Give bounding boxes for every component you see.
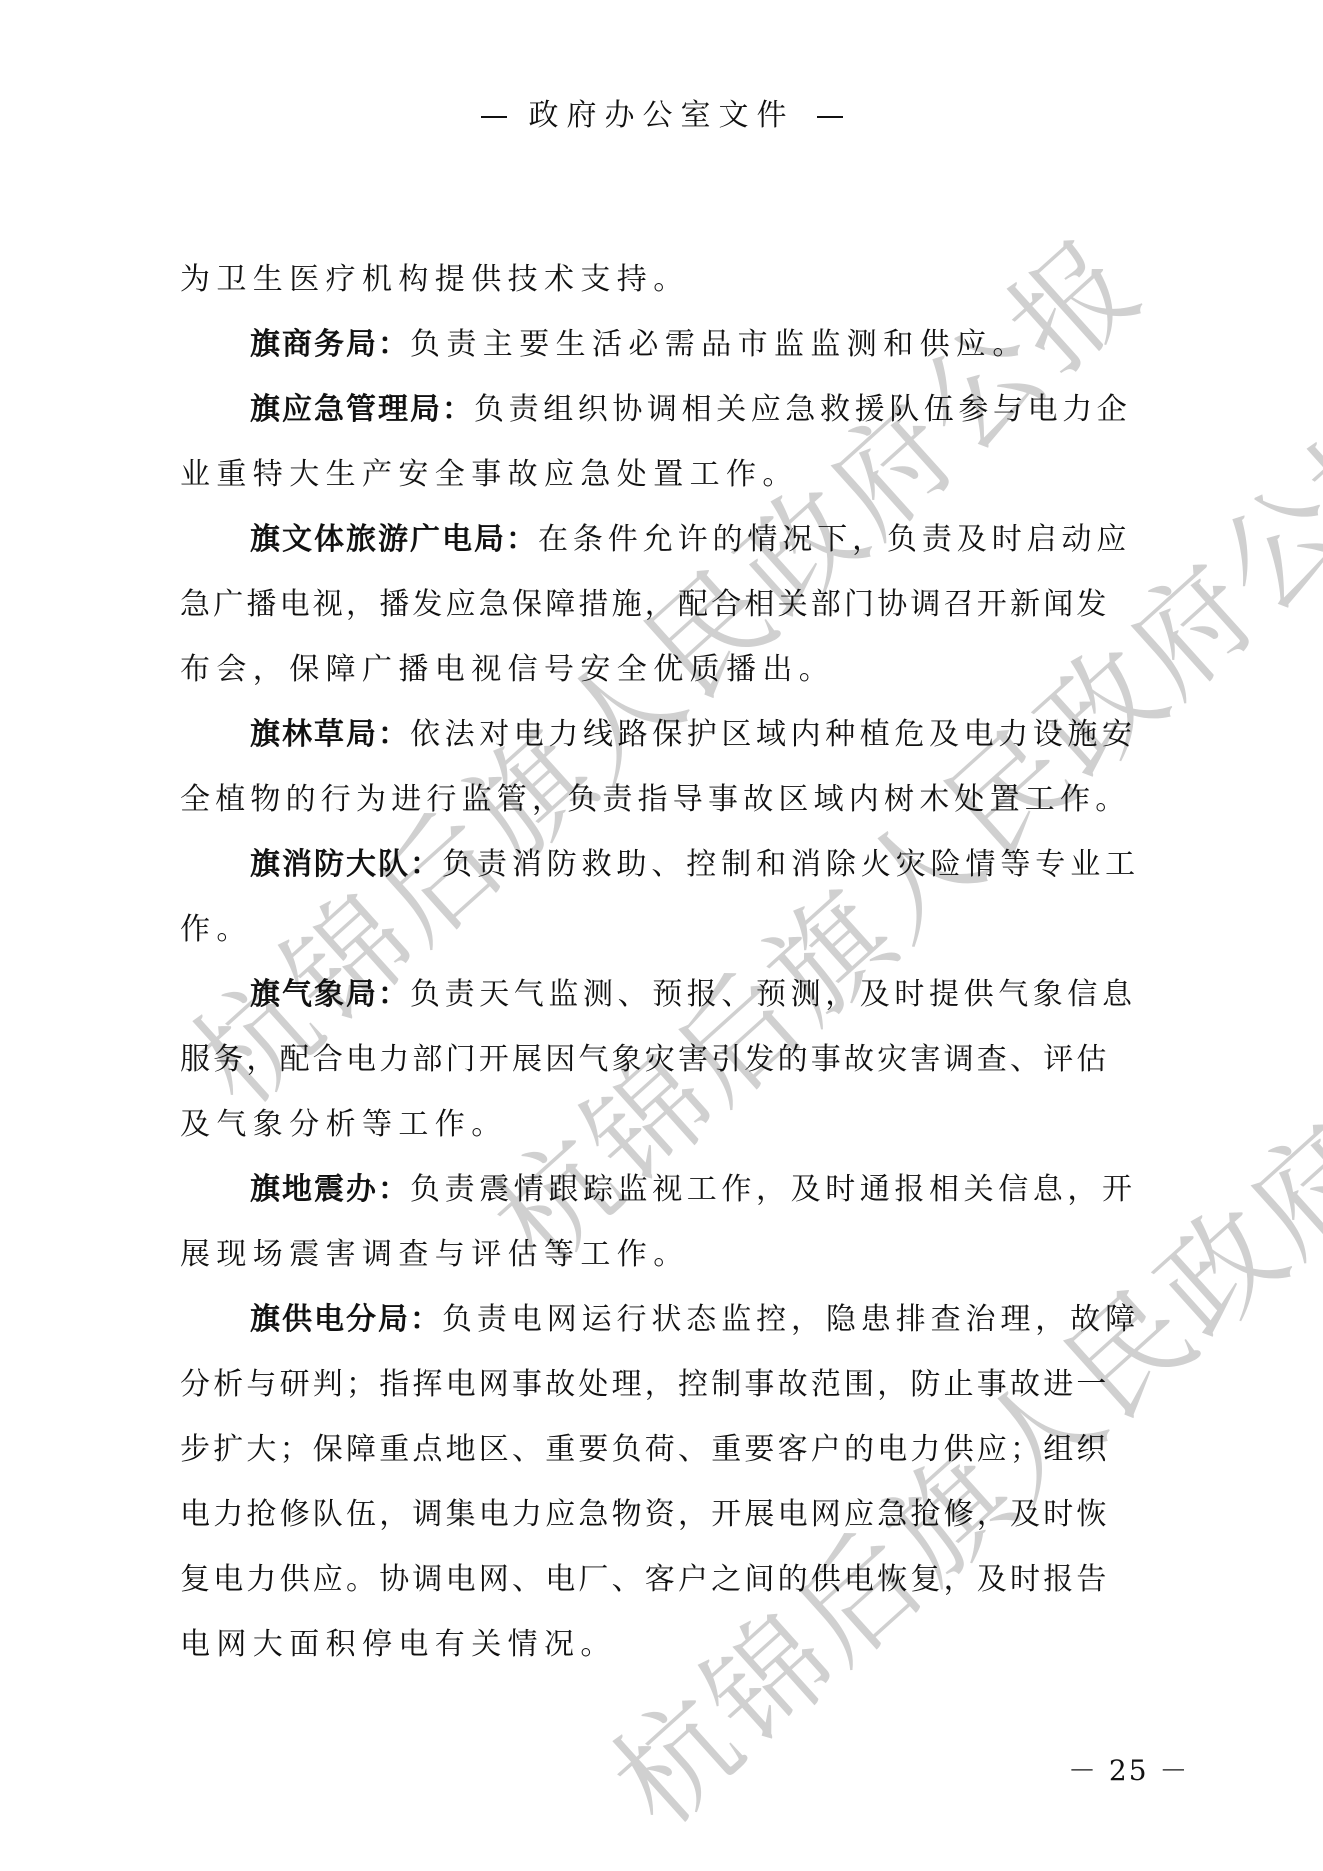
text-line: 展现场震害调查与评估等工作。	[180, 1222, 1170, 1287]
department-name: 旗林草局：	[250, 717, 410, 752]
department-name: 旗商务局：	[250, 327, 410, 362]
text-line: 急广播电视，播发应急保障措施，配合相关部门协调召开新闻发	[180, 572, 1170, 637]
department-name: 旗供电分局：	[250, 1302, 442, 1337]
header-title: 政府办公室文件	[529, 98, 795, 133]
paragraph-earthquake-office: 旗地震办：负责震情跟踪监视工作，及时通报相关信息，开 展现场震害调查与评估等工作…	[180, 1157, 1170, 1287]
text-line: 依法对电力线路保护区域内种植危及电力设施安	[410, 717, 1137, 752]
text-line: 全植物的行为进行监管，负责指导事故区域内树木处置工作。	[180, 767, 1170, 832]
department-name: 旗地震办：	[250, 1172, 410, 1207]
department-name: 旗气象局：	[250, 977, 410, 1012]
text-line: 及气象分析等工作。	[180, 1092, 1170, 1157]
text-line: 作。	[180, 897, 1170, 962]
paragraph-meteorology-bureau: 旗气象局：负责天气监测、预报、预测，及时提供气象信息 服务，配合电力部门开展因气…	[180, 962, 1170, 1157]
text-line: 布会，保障广播电视信号安全优质播出。	[180, 637, 1170, 702]
text-line: 电网大面积停电有关情况。	[180, 1612, 1170, 1677]
paragraph-fire-brigade: 旗消防大队：负责消防救助、控制和消除火灾险情等专业工 作。	[180, 832, 1170, 962]
department-name: 旗应急管理局：	[250, 392, 474, 427]
text-line: 电力抢修队伍，调集电力应急物资，开展电网应急抢修，及时恢	[180, 1482, 1170, 1547]
text-line: 负责组织协调相关应急救援队伍参与电力企	[474, 392, 1131, 427]
page-number: － 25 －	[1068, 1753, 1189, 1789]
text-line: 负责天气监测、预报、预测，及时提供气象信息	[410, 977, 1137, 1012]
text-line: 负责主要生活必需品市监监测和供应。	[410, 327, 1029, 362]
text-line: 负责电网运行状态监控，隐患排查治理，故障	[442, 1302, 1140, 1337]
department-name: 旗消防大队：	[250, 847, 442, 882]
text-line: 复电力供应。协调电网、电厂、客户之间的供电恢复，及时报告	[180, 1547, 1170, 1612]
text-line: 分析与研判；指挥电网事故处理，控制事故范围，防止事故进一	[180, 1352, 1170, 1417]
text-line: 业重特大生产安全事故应急处置工作。	[180, 442, 1170, 507]
text-line: 服务，配合电力部门开展因气象灾害引发的事故灾害调查、评估	[180, 1027, 1170, 1092]
department-name: 旗文体旅游广电局：	[250, 522, 538, 557]
text-line: 为卫生医疗机构提供技术支持。	[180, 247, 1170, 312]
paragraph-continuation: 为卫生医疗机构提供技术支持。	[180, 247, 1170, 312]
text-line: 负责震情跟踪监视工作，及时通报相关信息，开	[410, 1172, 1137, 1207]
paragraph-forestry-bureau: 旗林草局：依法对电力线路保护区域内种植危及电力设施安 全植物的行为进行监管，负责…	[180, 702, 1170, 832]
text-line: 负责消防救助、控制和消除火灾险情等专业工	[442, 847, 1140, 882]
paragraph-power-supply-bureau: 旗供电分局：负责电网运行状态监控，隐患排查治理，故障 分析与研判；指挥电网事故处…	[180, 1287, 1170, 1677]
paragraph-commerce-bureau: 旗商务局：负责主要生活必需品市监监测和供应。	[180, 312, 1170, 377]
document-body: 为卫生医疗机构提供技术支持。 旗商务局：负责主要生活必需品市监监测和供应。 旗应…	[180, 247, 1170, 1677]
text-line: 在条件允许的情况下，负责及时启动应	[538, 522, 1131, 557]
header-dash-right	[817, 116, 843, 118]
paragraph-culture-tourism-bureau: 旗文体旅游广电局：在条件允许的情况下，负责及时启动应 急广播电视，播发应急保障措…	[180, 507, 1170, 702]
text-line: 步扩大；保障重点地区、重要负荷、重要客户的电力供应；组织	[180, 1417, 1170, 1482]
paragraph-emergency-bureau: 旗应急管理局：负责组织协调相关应急救援队伍参与电力企 业重特大生产安全事故应急处…	[180, 377, 1170, 507]
document-header: 政府办公室文件	[0, 96, 1323, 136]
header-dash-left	[481, 116, 507, 118]
